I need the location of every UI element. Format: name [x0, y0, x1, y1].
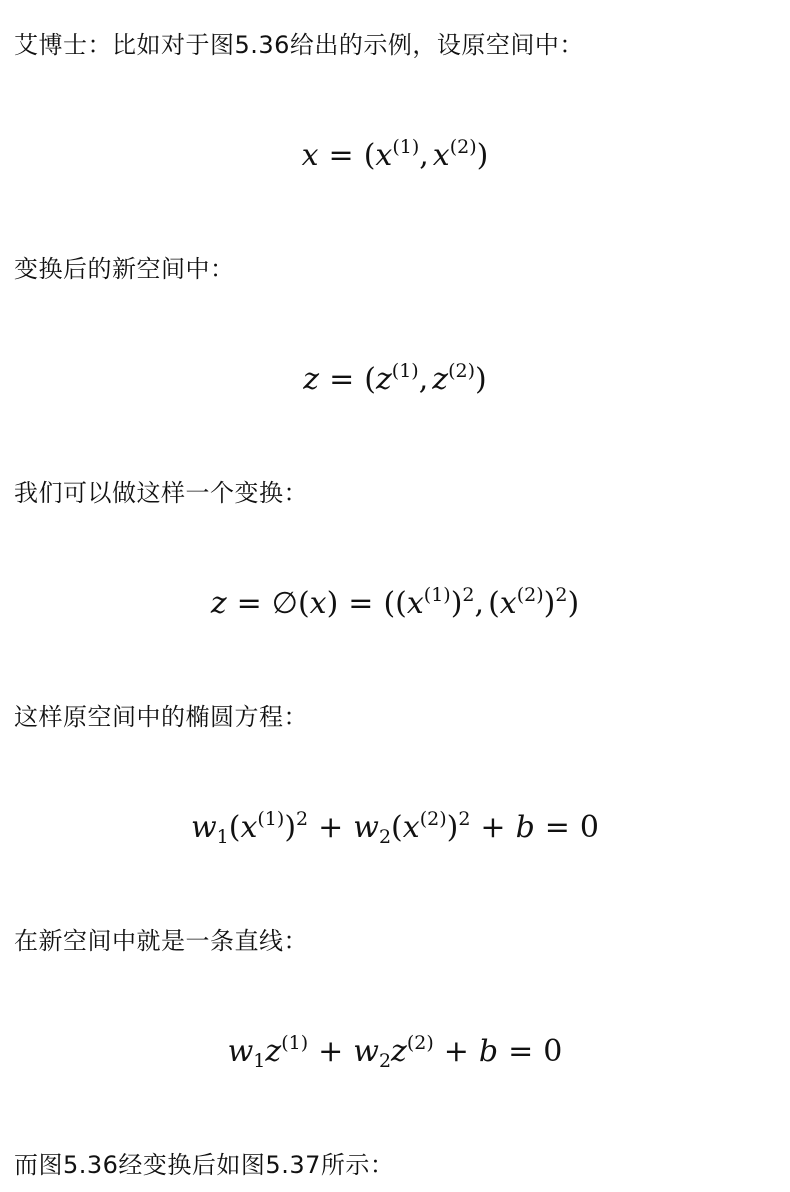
- formula-new-space: z=(z(1),z(2)): [0, 360, 790, 400]
- paragraph-transform: 我们可以做这样一个变换：: [14, 478, 308, 508]
- paragraph-figure-ref: 而图5.36经变换后如图5.37所示：: [14, 1150, 394, 1180]
- paragraph-line: 在新空间中就是一条直线：: [14, 926, 308, 956]
- paragraph-new-space: 变换后的新空间中：: [14, 254, 235, 284]
- formula-transform: z=∅(x)=((x(1))2,(x(2))2): [0, 584, 790, 624]
- formula-original-space: x=(x(1),x(2)): [0, 136, 790, 176]
- paragraph-ellipse: 这样原空间中的椭圆方程：: [14, 702, 308, 732]
- formula-line-equation: w1z(1)+w2z(2)+b=0: [0, 1032, 790, 1072]
- formula-ellipse-equation: w1(x(1))2+w2(x(2))2+b=0: [0, 808, 790, 848]
- paragraph-intro: 艾博士：比如对于图5.36给出的示例，设原空间中：: [14, 30, 584, 60]
